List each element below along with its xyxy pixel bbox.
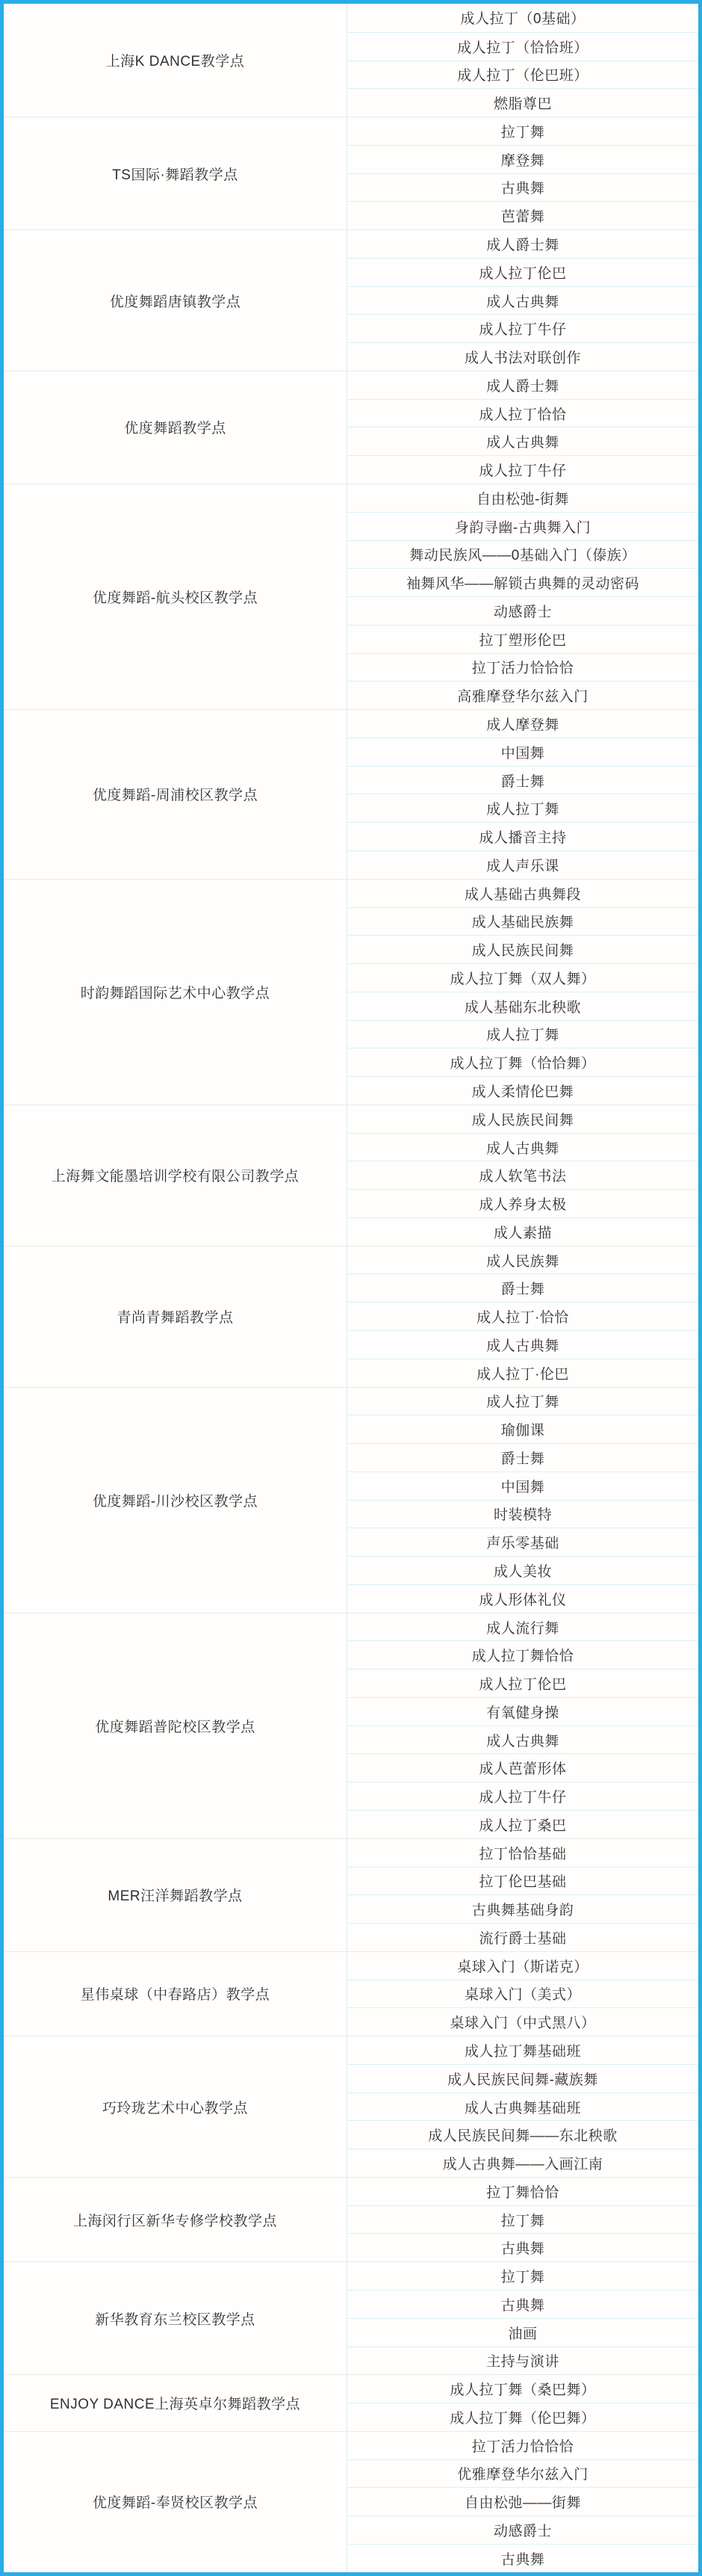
course-list: 成人拉丁舞（桑巴舞）成人拉丁舞（伦巴舞） bbox=[347, 2374, 698, 2431]
course-cell: 成人芭蕾形体 bbox=[347, 1753, 698, 1782]
course-cell: 成人爵士舞 bbox=[347, 229, 698, 258]
group-row: 青尚青舞蹈教学点成人民族舞爵士舞成人拉丁·恰恰成人古典舞成人拉丁·伦巴 bbox=[4, 1246, 698, 1387]
course-cell: 古典舞 bbox=[347, 2544, 698, 2572]
course-list: 成人拉丁舞瑜伽课爵士舞中国舞时装模特声乐零基础成人美妆成人形体礼仪 bbox=[347, 1387, 698, 1613]
course-cell: 成人柔情伦巴舞 bbox=[347, 1076, 698, 1105]
venue-cell: 优度舞蹈普陀校区教学点 bbox=[4, 1613, 347, 1838]
course-list: 成人流行舞成人拉丁舞恰恰成人拉丁伦巴有氧健身操成人古典舞成人芭蕾形体成人拉丁牛仔… bbox=[347, 1613, 698, 1838]
course-cell: 成人拉丁（0基础） bbox=[347, 4, 698, 32]
course-cell: 桌球入门（美式） bbox=[347, 1980, 698, 2008]
course-cell: 成人基础东北秧歌 bbox=[347, 992, 698, 1020]
group-row: 星伟桌球（中春路店）教学点桌球入门（斯诺克）桌球入门（美式）桌球入门（中式黑八） bbox=[4, 1951, 698, 2036]
group-row: 优度舞蹈教学点成人爵士舞成人拉丁恰恰成人古典舞成人拉丁牛仔 bbox=[4, 371, 698, 484]
course-cell: 成人拉丁（伦巴班） bbox=[347, 61, 698, 89]
course-list: 拉丁活力恰恰恰优雅摩登华尔兹入门自由松弛——街舞动感爵士古典舞 bbox=[347, 2431, 698, 2572]
venue-cell: 上海舞文能墨培训学校有限公司教学点 bbox=[4, 1105, 347, 1246]
course-cell: 成人流行舞 bbox=[347, 1613, 698, 1641]
group-row: 上海K DANCE教学点成人拉丁（0基础）成人拉丁（恰恰班）成人拉丁（伦巴班）燃… bbox=[4, 4, 698, 117]
course-cell: 自由松弛——街舞 bbox=[347, 2487, 698, 2515]
course-list: 拉丁舞恰恰拉丁舞古典舞 bbox=[347, 2177, 698, 2261]
venue-cell: 巧玲珑艺术中心教学点 bbox=[4, 2036, 347, 2177]
course-cell: 动感爵士 bbox=[347, 2515, 698, 2544]
course-cell: 成人拉丁舞（桑巴舞） bbox=[347, 2374, 698, 2403]
course-list: 成人民族舞爵士舞成人拉丁·恰恰成人古典舞成人拉丁·伦巴 bbox=[347, 1246, 698, 1387]
course-list: 成人拉丁（0基础）成人拉丁（恰恰班）成人拉丁（伦巴班）燃脂尊巴 bbox=[347, 4, 698, 117]
course-list: 拉丁恰恰基础拉丁伦巴基础古典舞基础身韵流行爵士基础 bbox=[347, 1838, 698, 1951]
course-cell: 成人声乐课 bbox=[347, 850, 698, 879]
course-cell: 成人民族民间舞 bbox=[347, 1105, 698, 1133]
course-cell: 拉丁塑形伦巴 bbox=[347, 625, 698, 653]
venue-cell: ENJOY DANCE上海英卓尔舞蹈教学点 bbox=[4, 2374, 347, 2431]
group-row: 时韵舞蹈国际艺术中心教学点成人基础古典舞段成人基础民族舞成人民族民间舞成人拉丁舞… bbox=[4, 879, 698, 1105]
course-cell: 成人爵士舞 bbox=[347, 371, 698, 399]
course-cell: 声乐零基础 bbox=[347, 1528, 698, 1556]
course-list: 成人民族民间舞成人古典舞成人软笔书法成人养身太极成人素描 bbox=[347, 1105, 698, 1246]
course-cell: 成人拉丁舞（伦巴舞） bbox=[347, 2403, 698, 2431]
course-cell: 成人拉丁牛仔 bbox=[347, 1782, 698, 1810]
group-row: 上海舞文能墨培训学校有限公司教学点成人民族民间舞成人古典舞成人软笔书法成人养身太… bbox=[4, 1105, 698, 1246]
course-cell: 成人养身太极 bbox=[347, 1189, 698, 1217]
venue-cell: 优度舞蹈-周浦校区教学点 bbox=[4, 709, 347, 879]
course-list: 拉丁舞摩登舞古典舞芭蕾舞 bbox=[347, 117, 698, 229]
course-cell: 成人民族民间舞——东北秧歌 bbox=[347, 2120, 698, 2149]
course-cell: 袖舞风华——解锁古典舞的灵动密码 bbox=[347, 568, 698, 596]
course-cell: 高雅摩登华尔兹入门 bbox=[347, 681, 698, 709]
venue-cell: TS国际·舞蹈教学点 bbox=[4, 117, 347, 229]
course-cell: 桌球入门（斯诺克） bbox=[347, 1951, 698, 1980]
group-row: ENJOY DANCE上海英卓尔舞蹈教学点成人拉丁舞（桑巴舞）成人拉丁舞（伦巴舞… bbox=[4, 2374, 698, 2431]
course-cell: 芭蕾舞 bbox=[347, 201, 698, 229]
course-cell: 燃脂尊巴 bbox=[347, 88, 698, 117]
venue-cell: 优度舞蹈教学点 bbox=[4, 371, 347, 484]
course-cell: 成人拉丁（恰恰班） bbox=[347, 32, 698, 61]
course-cell: 成人书法对联创作 bbox=[347, 342, 698, 371]
group-row: 优度舞蹈-川沙校区教学点成人拉丁舞瑜伽课爵士舞中国舞时装模特声乐零基础成人美妆成… bbox=[4, 1387, 698, 1613]
course-cell: 古典舞 bbox=[347, 2290, 698, 2318]
course-cell: 中国舞 bbox=[347, 738, 698, 766]
venue-cell: 新华教育东兰校区教学点 bbox=[4, 2261, 347, 2374]
course-cell: 成人基础民族舞 bbox=[347, 907, 698, 936]
course-cell: 成人软笔书法 bbox=[347, 1161, 698, 1189]
venue-cell: 优度舞蹈-航头校区教学点 bbox=[4, 484, 347, 709]
course-list: 成人爵士舞成人拉丁恰恰成人古典舞成人拉丁牛仔 bbox=[347, 371, 698, 484]
group-row: MER汪洋舞蹈教学点拉丁恰恰基础拉丁伦巴基础古典舞基础身韵流行爵士基础 bbox=[4, 1838, 698, 1951]
course-cell: 瑜伽课 bbox=[347, 1415, 698, 1443]
venue-cell: 优度舞蹈-川沙校区教学点 bbox=[4, 1387, 347, 1613]
course-cell: 成人民族舞 bbox=[347, 1246, 698, 1274]
course-cell: 成人拉丁恰恰 bbox=[347, 399, 698, 427]
course-list: 成人拉丁舞基础班成人民族民间舞-藏族舞成人古典舞基础班成人民族民间舞——东北秧歌… bbox=[347, 2036, 698, 2177]
group-row: 优度舞蹈-奉贤校区教学点拉丁活力恰恰恰优雅摩登华尔兹入门自由松弛——街舞动感爵士… bbox=[4, 2431, 698, 2572]
course-cell: 拉丁活力恰恰恰 bbox=[347, 653, 698, 682]
course-cell: 有氧健身操 bbox=[347, 1697, 698, 1726]
course-cell: 成人古典舞——入画江南 bbox=[347, 2149, 698, 2177]
course-cell: 优雅摩登华尔兹入门 bbox=[347, 2459, 698, 2488]
course-list: 成人基础古典舞段成人基础民族舞成人民族民间舞成人拉丁舞（双人舞）成人基础东北秧歌… bbox=[347, 879, 698, 1105]
venue-cell: 青尚青舞蹈教学点 bbox=[4, 1246, 347, 1387]
course-cell: 拉丁活力恰恰恰 bbox=[347, 2431, 698, 2459]
course-cell: 桌球入门（中式黑八） bbox=[347, 2007, 698, 2036]
course-cell: 拉丁舞 bbox=[347, 2205, 698, 2234]
course-cell: 成人拉丁桑巴 bbox=[347, 1810, 698, 1838]
course-cell: 成人素描 bbox=[347, 1217, 698, 1246]
course-cell: 成人拉丁舞（恰恰舞） bbox=[347, 1048, 698, 1076]
course-cell: 成人摩登舞 bbox=[347, 709, 698, 738]
group-row: 优度舞蹈-周浦校区教学点成人摩登舞中国舞爵士舞成人拉丁舞成人播音主持成人声乐课 bbox=[4, 709, 698, 879]
course-cell: 成人拉丁舞 bbox=[347, 1020, 698, 1048]
course-cell: 成人古典舞 bbox=[347, 427, 698, 455]
course-cell: 拉丁伦巴基础 bbox=[347, 1867, 698, 1895]
course-schedule-table: 上海K DANCE教学点成人拉丁（0基础）成人拉丁（恰恰班）成人拉丁（伦巴班）燃… bbox=[0, 0, 702, 2576]
course-list: 成人爵士舞成人拉丁伦巴成人古典舞成人拉丁牛仔成人书法对联创作 bbox=[347, 229, 698, 371]
venue-cell: 星伟桌球（中春路店）教学点 bbox=[4, 1951, 347, 2036]
course-cell: 成人拉丁舞（双人舞） bbox=[347, 963, 698, 992]
course-cell: 成人拉丁伦巴 bbox=[347, 258, 698, 286]
course-cell: 成人古典舞基础班 bbox=[347, 2092, 698, 2121]
course-cell: 成人拉丁舞 bbox=[347, 1387, 698, 1415]
course-cell: 油画 bbox=[347, 2318, 698, 2347]
course-list: 自由松弛-街舞身韵寻幽-古典舞入门舞动民族风——0基础入门（傣族）袖舞风华——解… bbox=[347, 484, 698, 709]
course-cell: 中国舞 bbox=[347, 1471, 698, 1500]
group-row: 巧玲珑艺术中心教学点成人拉丁舞基础班成人民族民间舞-藏族舞成人古典舞基础班成人民… bbox=[4, 2036, 698, 2177]
group-row: TS国际·舞蹈教学点拉丁舞摩登舞古典舞芭蕾舞 bbox=[4, 117, 698, 229]
course-cell: 成人拉丁·伦巴 bbox=[347, 1359, 698, 1387]
course-cell: 成人拉丁舞恰恰 bbox=[347, 1640, 698, 1669]
course-cell: 古典舞 bbox=[347, 173, 698, 202]
course-cell: 成人古典舞 bbox=[347, 1726, 698, 1754]
course-cell: 拉丁舞 bbox=[347, 117, 698, 145]
course-cell: 成人民族民间舞 bbox=[347, 935, 698, 963]
course-cell: 成人拉丁舞 bbox=[347, 794, 698, 822]
course-cell: 拉丁舞 bbox=[347, 2261, 698, 2290]
venue-cell: 上海K DANCE教学点 bbox=[4, 4, 347, 117]
course-cell: 成人美妆 bbox=[347, 1556, 698, 1584]
course-cell: 成人古典舞 bbox=[347, 1133, 698, 1161]
course-cell: 成人古典舞 bbox=[347, 1330, 698, 1359]
group-row: 上海闵行区新华专修学校教学点拉丁舞恰恰拉丁舞古典舞 bbox=[4, 2177, 698, 2261]
course-cell: 古典舞 bbox=[347, 2233, 698, 2261]
venue-cell: 时韵舞蹈国际艺术中心教学点 bbox=[4, 879, 347, 1105]
course-list: 桌球入门（斯诺克）桌球入门（美式）桌球入门（中式黑八） bbox=[347, 1951, 698, 2036]
venue-cell: MER汪洋舞蹈教学点 bbox=[4, 1838, 347, 1951]
course-cell: 拉丁恰恰基础 bbox=[347, 1838, 698, 1867]
course-cell: 成人形体礼仪 bbox=[347, 1584, 698, 1613]
venue-cell: 优度舞蹈-奉贤校区教学点 bbox=[4, 2431, 347, 2572]
course-list: 拉丁舞古典舞油画主持与演讲 bbox=[347, 2261, 698, 2374]
course-cell: 时装模特 bbox=[347, 1500, 698, 1528]
course-cell: 成人播音主持 bbox=[347, 822, 698, 850]
course-cell: 成人基础古典舞段 bbox=[347, 879, 698, 907]
course-cell: 成人拉丁牛仔 bbox=[347, 455, 698, 484]
course-cell: 成人拉丁伦巴 bbox=[347, 1669, 698, 1697]
course-cell: 爵士舞 bbox=[347, 1443, 698, 1471]
venue-cell: 优度舞蹈唐镇教学点 bbox=[4, 229, 347, 371]
course-cell: 流行爵士基础 bbox=[347, 1923, 698, 1951]
course-list: 成人摩登舞中国舞爵士舞成人拉丁舞成人播音主持成人声乐课 bbox=[347, 709, 698, 879]
group-row: 优度舞蹈唐镇教学点成人爵士舞成人拉丁伦巴成人古典舞成人拉丁牛仔成人书法对联创作 bbox=[4, 229, 698, 371]
group-row: 新华教育东兰校区教学点拉丁舞古典舞油画主持与演讲 bbox=[4, 2261, 698, 2374]
course-cell: 爵士舞 bbox=[347, 1273, 698, 1302]
course-cell: 身韵寻幽-古典舞入门 bbox=[347, 512, 698, 540]
venue-cell: 上海闵行区新华专修学校教学点 bbox=[4, 2177, 347, 2261]
course-cell: 爵士舞 bbox=[347, 766, 698, 794]
course-cell: 成人古典舞 bbox=[347, 286, 698, 315]
course-cell: 自由松弛-街舞 bbox=[347, 484, 698, 512]
group-row: 优度舞蹈普陀校区教学点成人流行舞成人拉丁舞恰恰成人拉丁伦巴有氧健身操成人古典舞成… bbox=[4, 1613, 698, 1838]
course-cell: 成人民族民间舞-藏族舞 bbox=[347, 2064, 698, 2092]
course-cell: 拉丁舞恰恰 bbox=[347, 2177, 698, 2205]
course-cell: 成人拉丁牛仔 bbox=[347, 314, 698, 342]
course-cell: 摩登舞 bbox=[347, 145, 698, 173]
course-cell: 成人拉丁舞基础班 bbox=[347, 2036, 698, 2064]
course-cell: 成人拉丁·恰恰 bbox=[347, 1302, 698, 1330]
course-cell: 舞动民族风——0基础入门（傣族） bbox=[347, 540, 698, 569]
course-cell: 古典舞基础身韵 bbox=[347, 1894, 698, 1923]
course-cell: 主持与演讲 bbox=[347, 2347, 698, 2375]
group-row: 优度舞蹈-航头校区教学点自由松弛-街舞身韵寻幽-古典舞入门舞动民族风——0基础入… bbox=[4, 484, 698, 709]
course-cell: 动感爵士 bbox=[347, 596, 698, 625]
